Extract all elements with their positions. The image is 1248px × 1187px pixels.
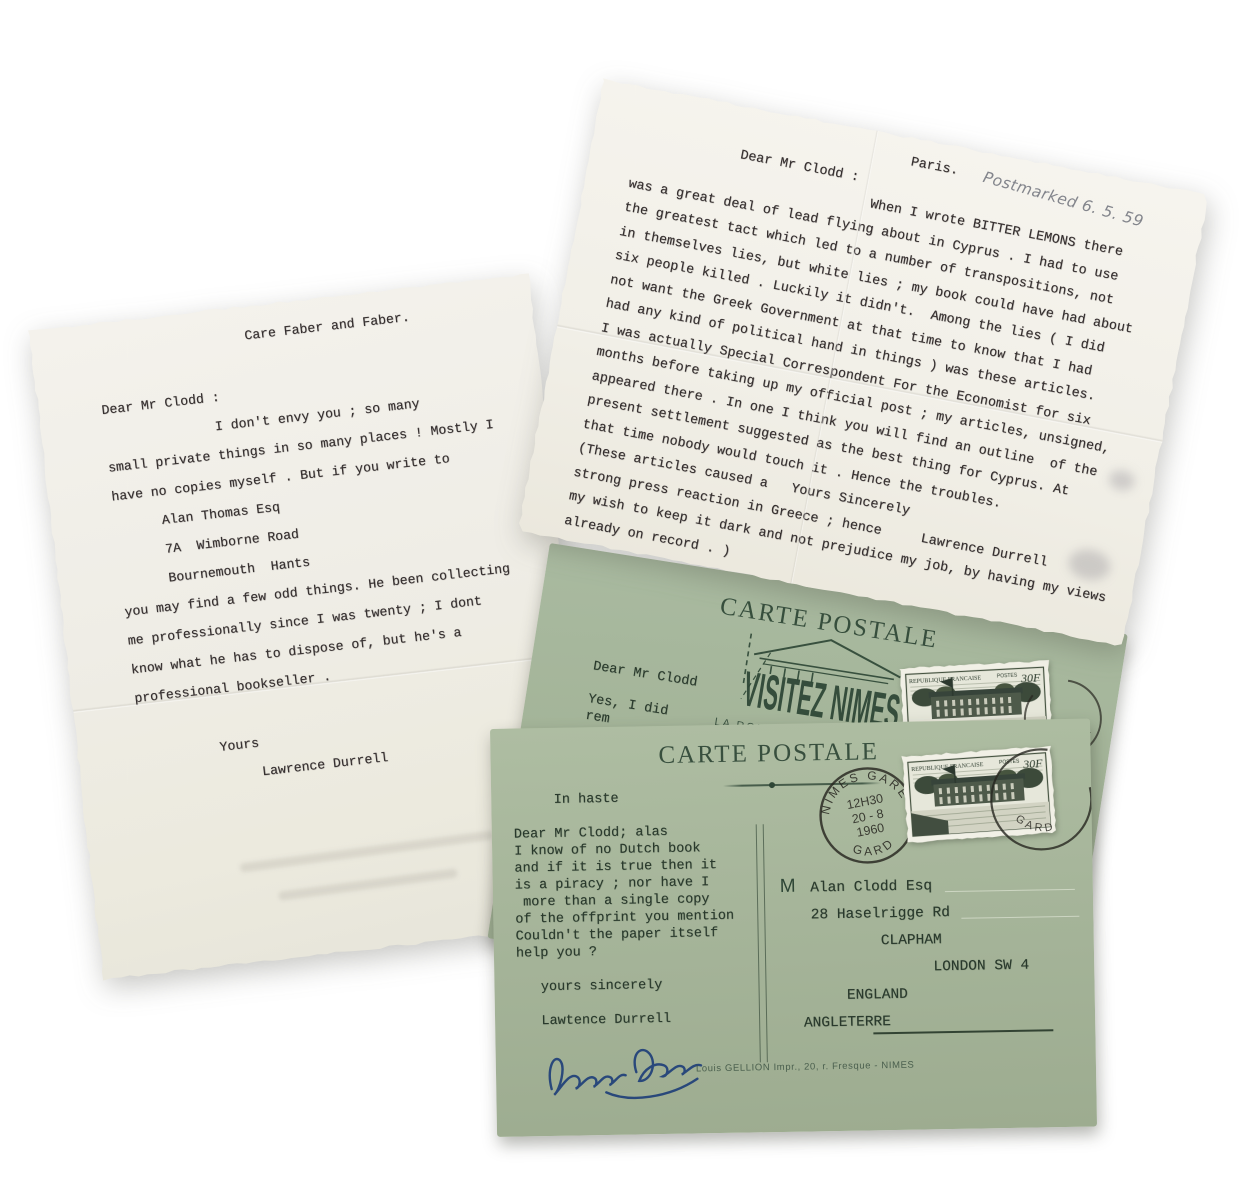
svg-text:GARD: GARD <box>849 834 899 862</box>
letter-left-text: Care Faber and Faber. Dear Mr Clodd : I … <box>28 279 531 807</box>
postcard-front-message: In haste Dear Mr Clodd; alas I know of n… <box>513 789 736 1031</box>
letter-left: Care Faber and Faber. Dear Mr Clodd : I … <box>28 330 533 985</box>
ink-showthrough <box>278 868 458 900</box>
svg-text:GARD: GARD <box>1012 812 1059 839</box>
letter-right: Paris. Dear Mr Clodd : When I wrote BITT… <box>603 78 1221 540</box>
photo-scene: Care Faber and Faber. Dear Mr Clodd : I … <box>0 0 1248 1187</box>
printer-imprint: Louis GELLION Impr., 20, r. Fresque - NI… <box>696 1060 915 1075</box>
postcard-front: CARTE POSTALE In haste Dear Mr Clodd; al… <box>490 719 1097 1137</box>
svg-text:POSTES: POSTES <box>997 673 1018 680</box>
ink-showthrough <box>240 830 494 872</box>
postcard-front-address: Alan Clodd Esq 28 Haselrigge Rd CLAPHAM … <box>793 872 1031 1038</box>
address-divider <box>756 824 768 1062</box>
